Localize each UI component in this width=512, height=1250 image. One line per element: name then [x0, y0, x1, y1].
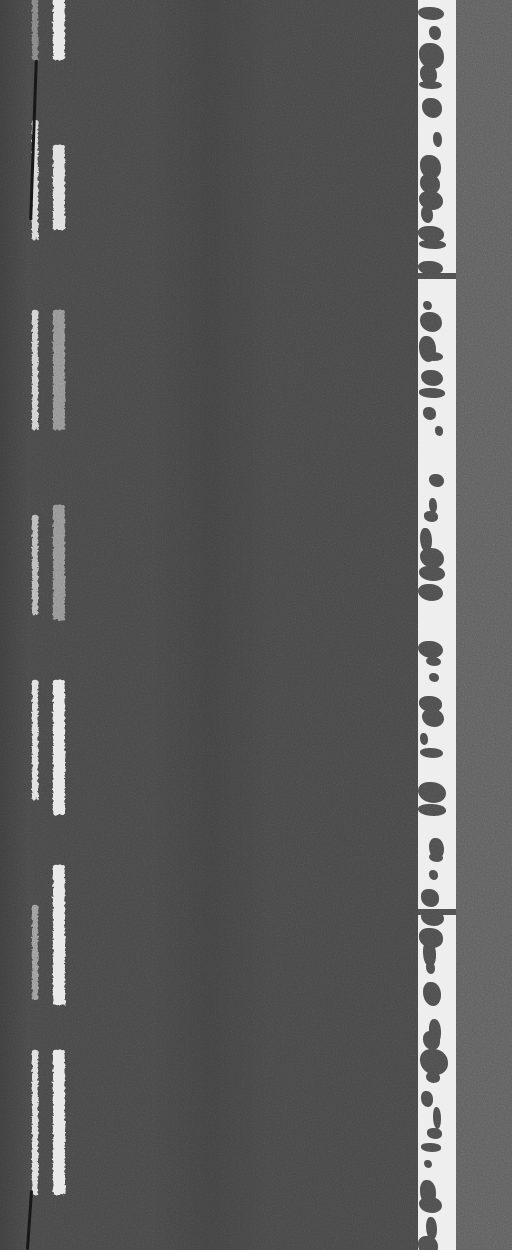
asphalt-texture — [0, 0, 512, 1250]
road-surface-image — [0, 0, 512, 1250]
